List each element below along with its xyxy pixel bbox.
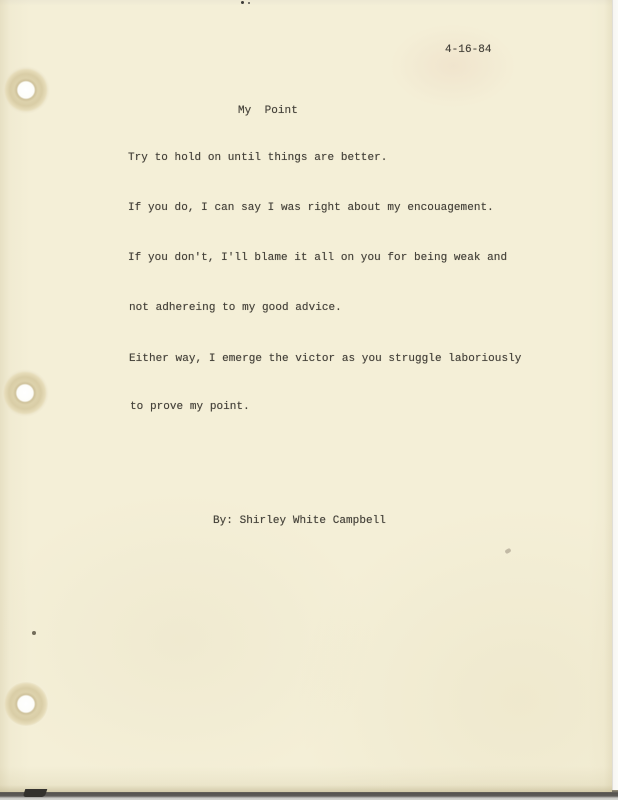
date-line: 4-16-84 — [445, 43, 492, 57]
body-line: Either way, I emerge the victor as you s… — [129, 352, 521, 366]
ink-speck — [241, 1, 244, 4]
body-line: not adhereing to my good advice. — [129, 301, 342, 315]
ink-speck — [32, 631, 36, 635]
ink-speck — [248, 2, 250, 4]
paper-sheet: 4-16-84 My Point Try to hold on until th… — [0, 0, 612, 792]
scanned-page: 4-16-84 My Point Try to hold on until th… — [0, 0, 618, 800]
body-line: Try to hold on until things are better. — [128, 151, 387, 165]
byline: By: Shirley White Campbell — [213, 514, 386, 528]
pencil-mark — [504, 548, 511, 554]
scan-shadow-notch — [23, 789, 48, 797]
punch-hole-bottom — [4, 682, 48, 726]
body-line: to prove my point. — [130, 400, 250, 414]
punch-hole-top — [2, 66, 50, 114]
body-line: If you don't, I'll blame it all on you f… — [128, 251, 507, 265]
body-line: If you do, I can say I was right about m… — [128, 201, 494, 215]
punch-hole-middle — [1, 369, 49, 417]
page-title: My Point — [238, 104, 298, 118]
